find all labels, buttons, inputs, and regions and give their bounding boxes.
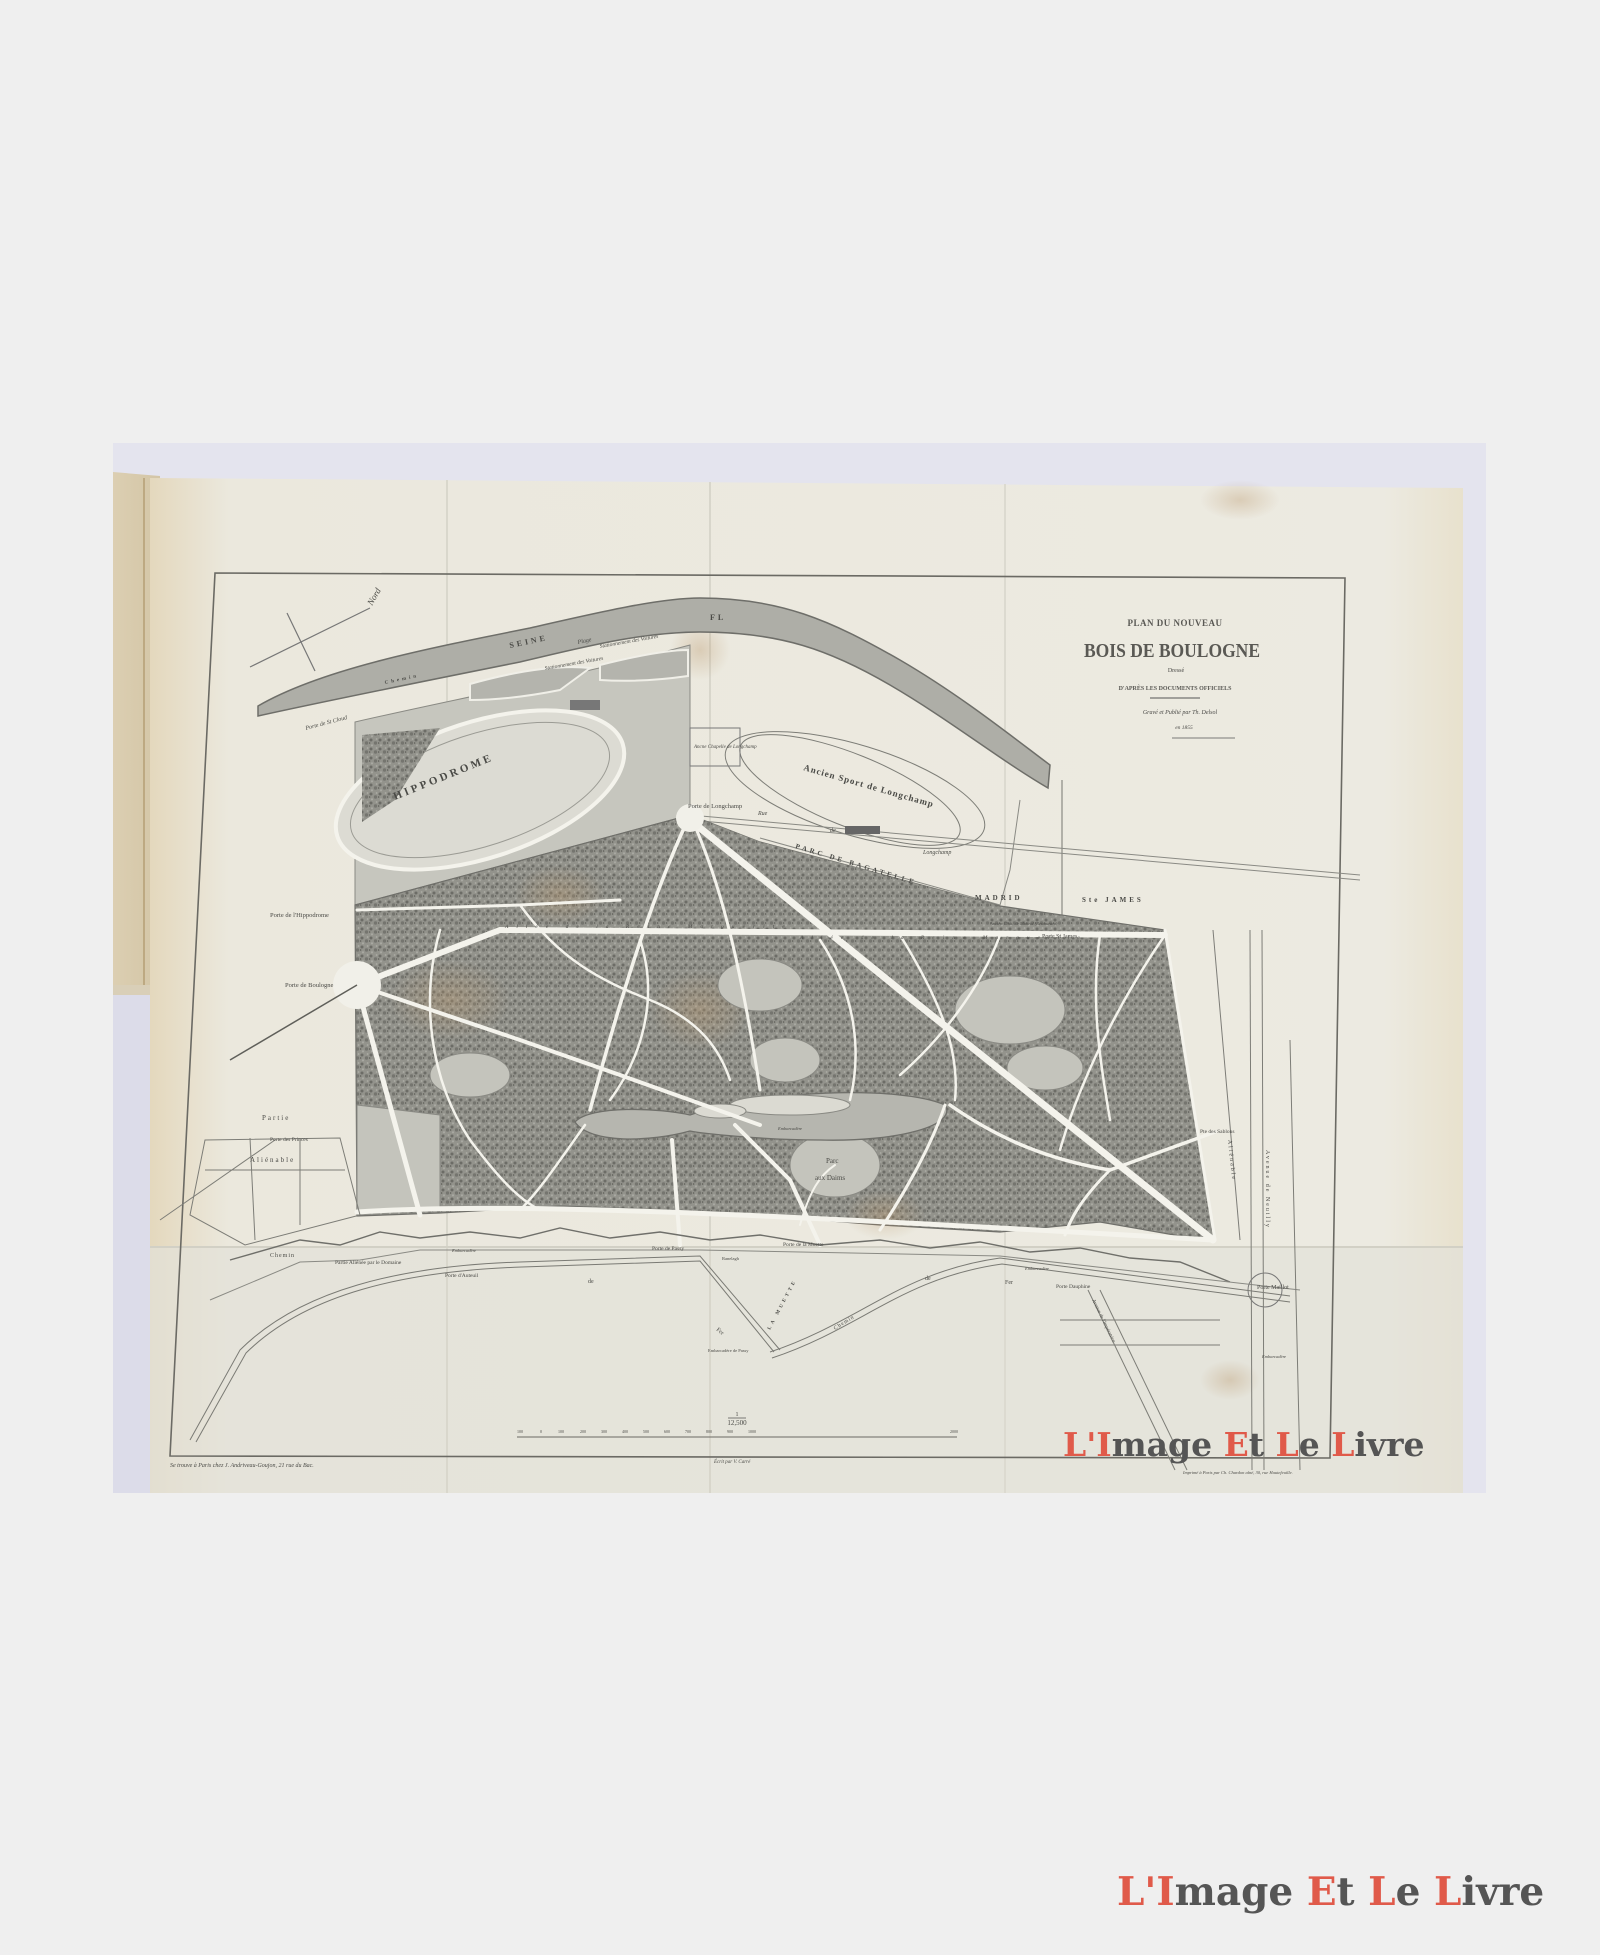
watermark-part: L: [1276, 1425, 1299, 1464]
watermark-part: e: [1396, 1869, 1434, 1915]
product-photo-page: Nord: [0, 0, 1600, 1955]
scale-tick: 1000: [748, 1429, 756, 1434]
label-fer-2: Fer: [1005, 1280, 1013, 1286]
label-porte-sablons: Pte des Sablons: [1200, 1129, 1235, 1135]
tribune-building: [570, 700, 600, 710]
watermark-part: L: [1368, 1869, 1395, 1915]
label-porte-auteuil: Porte d'Auteuil: [445, 1273, 479, 1279]
label-alienable-left: Aliénable: [250, 1156, 295, 1164]
footer-left: Se trouve à Paris chez J. Andriveau-Gouj…: [170, 1463, 314, 1469]
scale-tick: 0: [540, 1429, 542, 1434]
watermark-logo-overlay: L'Image Et Le Livre: [1063, 1425, 1424, 1464]
label-rue: Rue: [757, 811, 768, 817]
title-line-2: BOIS DE BOULOGNE: [1084, 640, 1260, 662]
label-allee-1: Allée de la Reine Marguerite: [504, 924, 793, 930]
scale-tick: 2000: [950, 1429, 958, 1434]
label-porte-muette: Porte de la Muette: [783, 1242, 824, 1248]
watermark-part: ivre: [1354, 1425, 1424, 1464]
watermark-part: L'I: [1117, 1869, 1175, 1915]
label-porte-dauphine: Porte Dauphine: [1056, 1284, 1091, 1290]
scale-tick: 500: [643, 1429, 649, 1434]
watermark-part: L'I: [1063, 1425, 1112, 1464]
label-rue-longchamp: Longchamp: [922, 850, 951, 856]
label-embarcadere-dauphine: Embarcadère: [1024, 1266, 1049, 1271]
label-chemin-1: Chemin: [270, 1253, 295, 1259]
scale-tick: 800: [706, 1429, 712, 1434]
scale-ratio-den: 12,500: [727, 1419, 747, 1427]
watermark-part: mage: [1112, 1425, 1224, 1464]
title-line-6: en 1855: [1175, 725, 1193, 731]
watermark-part: ivre: [1461, 1869, 1544, 1915]
footer-center: Écrit par V. Carré: [713, 1459, 751, 1465]
label-de-1: de: [588, 1279, 594, 1285]
label-de-2: de: [925, 1276, 931, 1282]
label-partie-alienee: Partie Aliénée par le Domaine: [335, 1260, 402, 1266]
scale-tick: 700: [685, 1429, 691, 1434]
label-chateau-madrid: Ancien Chât. de Madrid (Restaurant): [989, 921, 1058, 926]
label-st-james: Ste JAMES: [1082, 896, 1144, 904]
label-chapelle: Ancne Chapelle de Longchamp: [693, 745, 757, 750]
watermark-logo: L'Image Et Le Livre: [1117, 1869, 1544, 1915]
title-line-1: PLAN DU NOUVEAU: [1128, 618, 1223, 628]
label-porte-princes: Porte des Princes: [270, 1137, 308, 1143]
scale-tick: 600: [664, 1429, 670, 1434]
scale-tick: 100: [558, 1429, 564, 1434]
label-embarcadere-maillot: Embarcadère: [1261, 1354, 1286, 1359]
watermark-part: E: [1307, 1869, 1337, 1915]
label-porte-boulogne: Porte de Boulogne: [285, 982, 333, 989]
label-parc-daims-1: Parc: [826, 1157, 838, 1165]
label-parc-daims-2: aux Daims: [815, 1174, 845, 1182]
lake-island: [730, 1095, 850, 1115]
watermark-part: e: [1299, 1425, 1331, 1464]
watermark-part: L: [1434, 1869, 1461, 1915]
watermark-part: E: [1224, 1425, 1249, 1464]
watermark-part: t: [1249, 1425, 1276, 1464]
label-embarcadere-lake: Embarcadère: [777, 1126, 802, 1131]
label-rue-de: de: [830, 828, 836, 834]
map-photo: Nord: [0, 0, 1600, 1955]
label-porte-longchamp: Porte de Longchamp: [688, 803, 742, 810]
label-porte-hippodrome: Porte de l'Hippodrome: [270, 912, 329, 919]
label-fleuve: FL: [710, 613, 726, 622]
label-embarcadere-passy: Embarcadère de Passy: [708, 1348, 749, 1353]
label-madrid: MADRID: [975, 894, 1023, 902]
scale-ratio-num: 1: [736, 1412, 739, 1418]
title-line-4: D'APRÈS LES DOCUMENTS OFFICIELS: [1119, 684, 1233, 692]
watermark-part: mage: [1175, 1869, 1307, 1915]
label-embarcadere-auteuil: Embarcadère: [451, 1248, 476, 1253]
watermark-part: L: [1331, 1425, 1354, 1464]
scale-tick: 900: [727, 1429, 733, 1434]
label-porte-passy: Porte de Passy: [652, 1246, 684, 1252]
scale-tick: 100: [517, 1429, 523, 1434]
title-line-5: Gravé et Publié par Th. Delsol: [1143, 710, 1218, 716]
label-allee-2: Allée de la Reine Marguerite: [799, 935, 1088, 941]
label-ranelagh: Ranelagh: [722, 1256, 740, 1261]
watermark-part: t: [1337, 1869, 1369, 1915]
label-av-neuilly: Avenue de Neuilly: [1264, 1150, 1270, 1229]
scale-tick: 200: [580, 1429, 586, 1434]
label-porte-maillot: Porte Maillot: [1257, 1285, 1289, 1291]
scale-tick: 300: [601, 1429, 607, 1434]
title-line-3: Dressé: [1168, 668, 1185, 674]
label-partie: Partie: [262, 1114, 290, 1122]
scale-tick: 400: [622, 1429, 628, 1434]
